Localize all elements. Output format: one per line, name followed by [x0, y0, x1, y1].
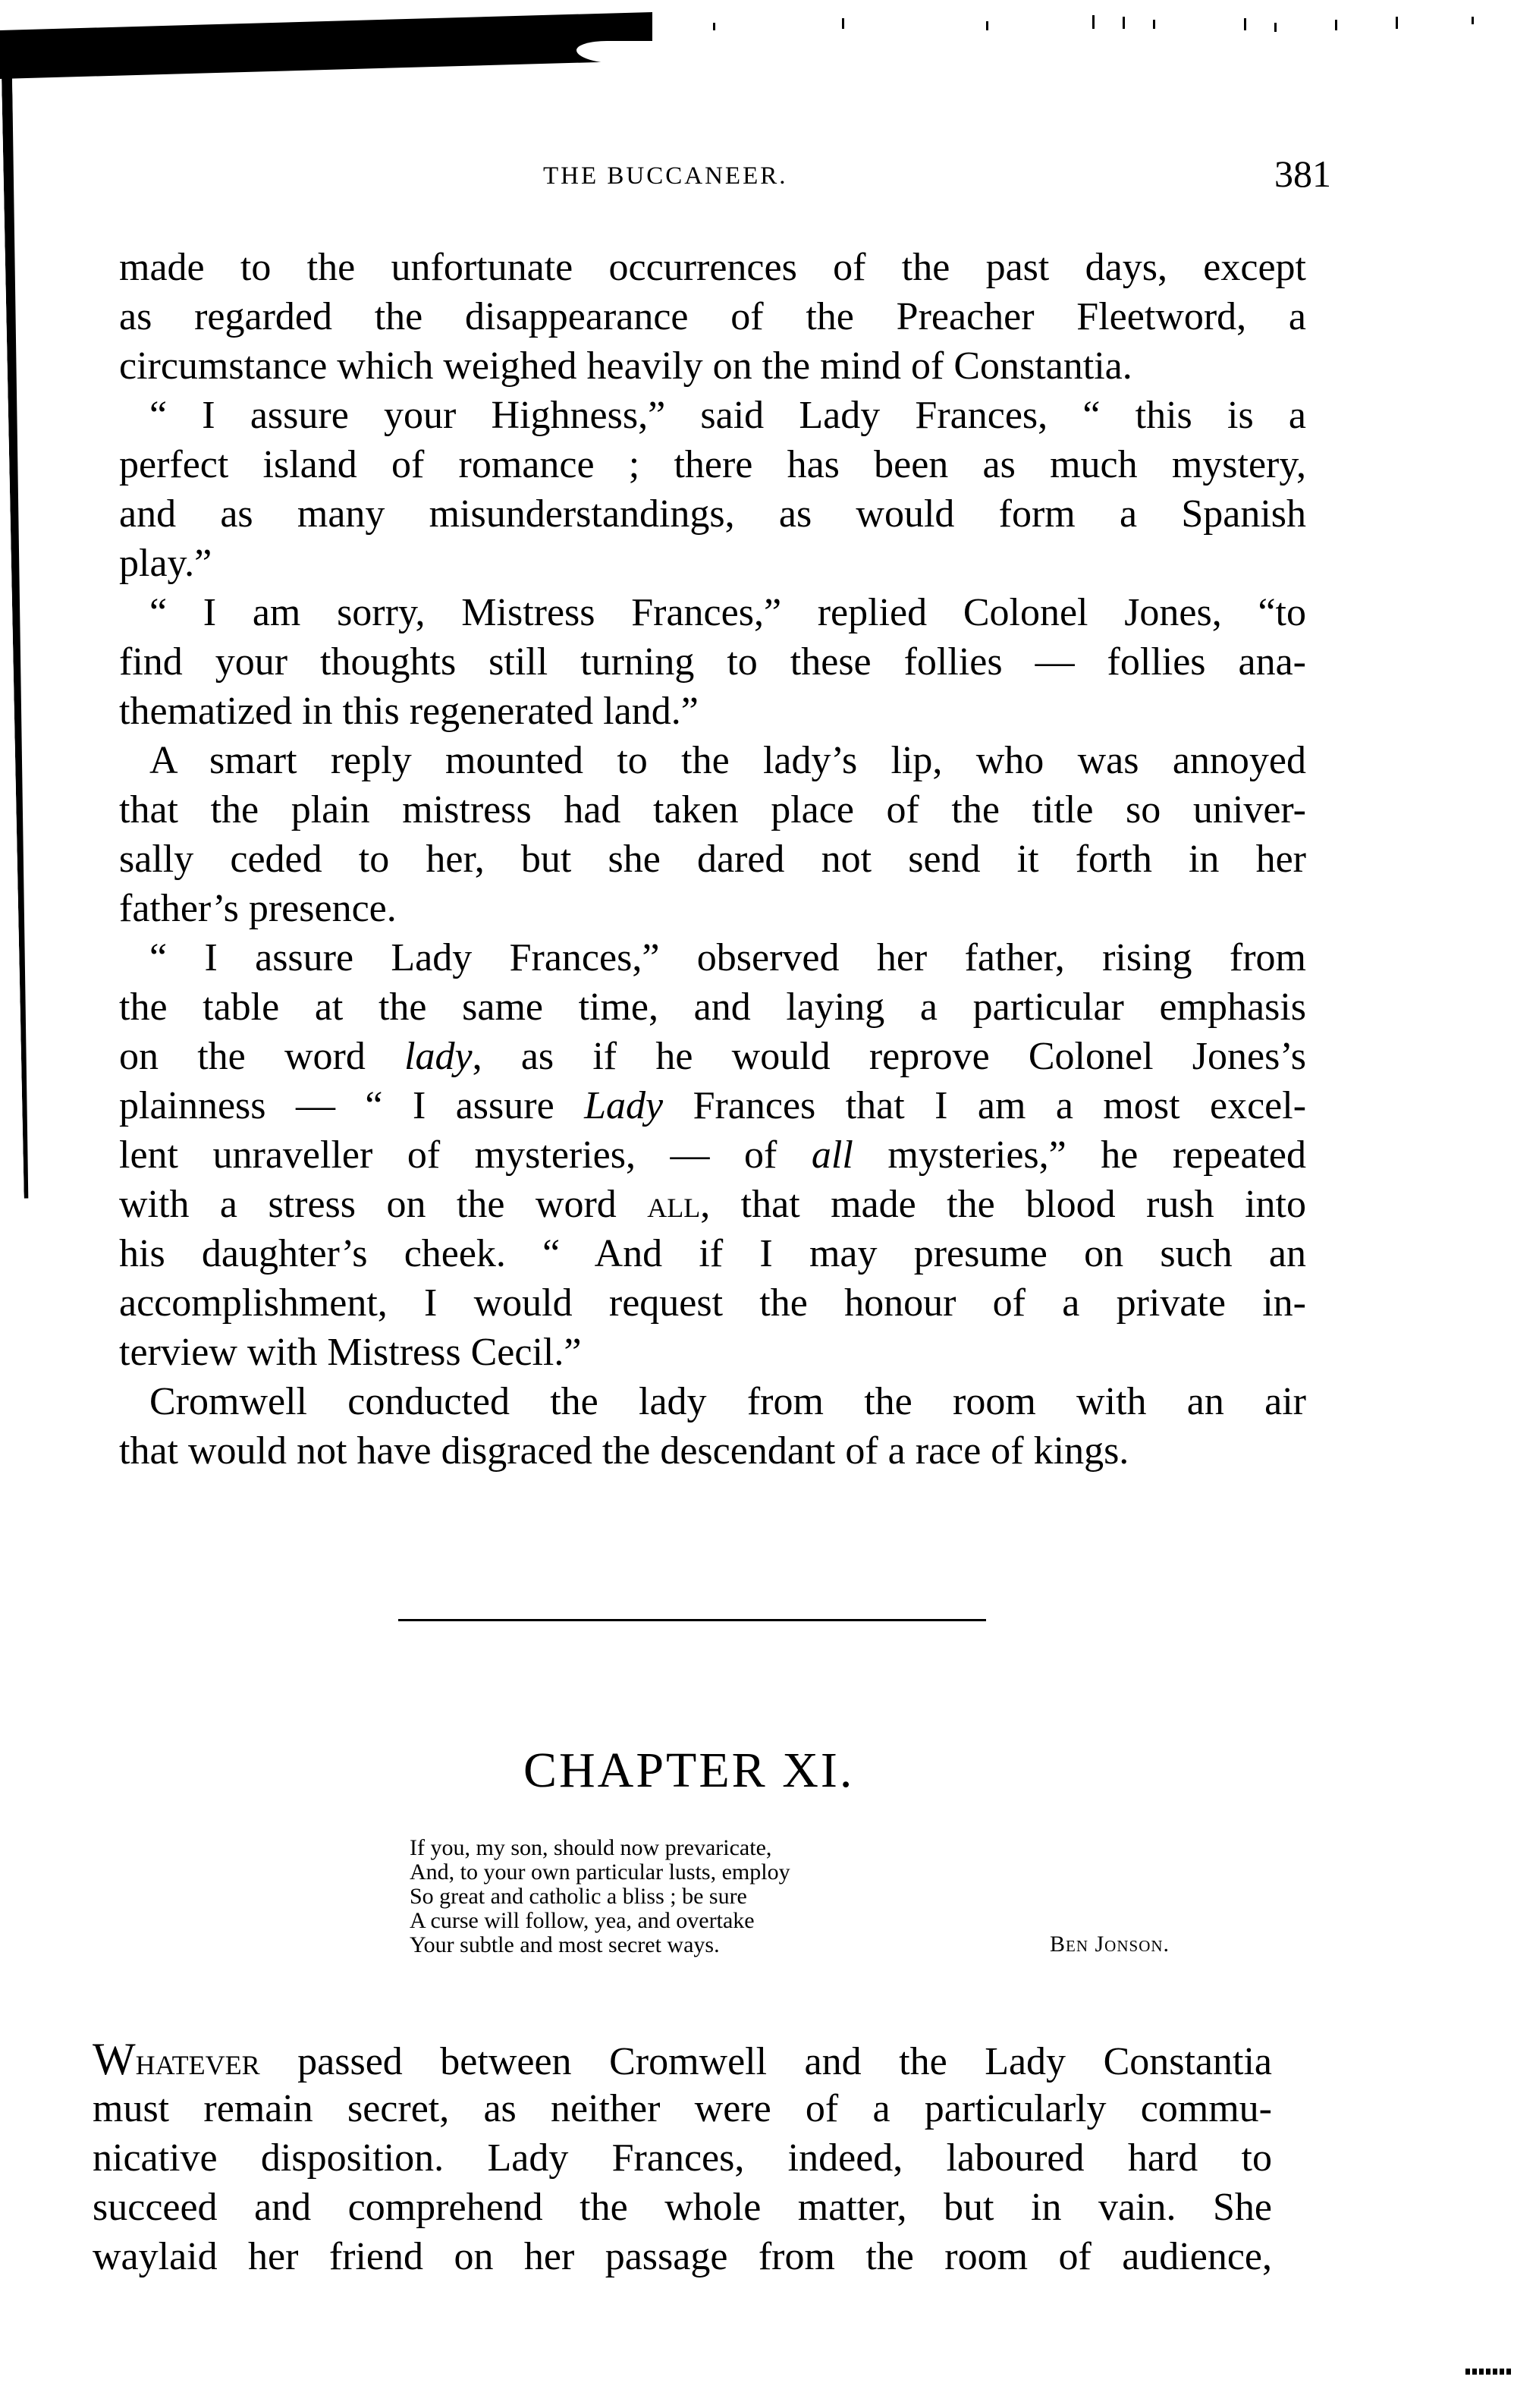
emphasized-word: all	[812, 1133, 853, 1177]
line-text: lent unraveller of mysteries, — of	[119, 1133, 812, 1177]
body-line: lent unraveller of mysteries, — of all m…	[119, 1130, 1306, 1180]
epigraph-attribution: Ben Jonson.	[1050, 1932, 1170, 1957]
chapter-opening-line: nicative disposition. Lady Frances, inde…	[93, 2133, 1272, 2183]
chapter-opening-line: waylaid her friend on her passage from t…	[93, 2232, 1272, 2281]
chapter-title: CHAPTER XI.	[523, 1742, 854, 1800]
body-line: circumstance which weighed heavily on th…	[119, 341, 1306, 391]
body-line: play.”	[119, 539, 1306, 588]
body-line: thematized in this regenerated land.”	[119, 687, 1306, 736]
body-line: Cromwell conducted the lady from the roo…	[119, 1377, 1306, 1426]
chapter-divider-rule	[398, 1619, 986, 1621]
body-line: “ I assure your Highness,” said Lady Fra…	[119, 391, 1306, 440]
drop-initial: W	[93, 2034, 136, 2084]
body-line: find your thoughts still turning to thes…	[119, 637, 1306, 687]
line-text: mysteries,” he repeated	[853, 1133, 1306, 1177]
body-line: accomplishment, I would request the hono…	[119, 1278, 1306, 1328]
epigraph-line: And, to your own particular lusts, emplo…	[410, 1860, 790, 1885]
epigraph-line: Your subtle and most secret ways.	[410, 1933, 720, 1957]
line-text: , that made the blood rush into	[700, 1183, 1306, 1226]
running-title: THE BUCCANEER.	[543, 162, 788, 190]
body-line: made to the unfortunate occurrences of t…	[119, 243, 1306, 292]
opening-small-caps: hatever	[136, 2040, 260, 2083]
epigraph-line: A curse will follow, yea, and overtake	[410, 1909, 755, 1933]
line-text: passed between Cromwell and the Lady Con…	[260, 2040, 1272, 2083]
scan-binding-shadow	[0, 12, 652, 79]
body-line: A smart reply mounted to the lady’s lip,…	[119, 736, 1306, 785]
epigraph-line: If you, my son, should now prevaricate,	[410, 1836, 771, 1860]
body-line: that would not have disgraced the descen…	[119, 1426, 1306, 1476]
scan-noise	[667, 15, 1502, 46]
line-text: plainness — “ I assure	[119, 1084, 584, 1127]
small-caps-word: all	[647, 1183, 700, 1226]
scan-page-edge	[2, 76, 35, 1199]
line-text: with a stress on the word	[119, 1183, 647, 1226]
body-line: perfect island of romance ; there has be…	[119, 440, 1306, 489]
line-text: Frances that I am a most excel-	[663, 1084, 1306, 1127]
chapter-opening-line: must remain secret, as neither were of a…	[93, 2084, 1272, 2133]
emphasized-word: lady	[404, 1035, 473, 1078]
body-line: on the word lady, as if he would reprove…	[119, 1032, 1306, 1081]
body-line: his daughter’s cheek. “ And if I may pre…	[119, 1229, 1306, 1278]
body-line: sally ceded to her, but she dared not se…	[119, 835, 1306, 884]
emphasized-word: Lady	[584, 1084, 663, 1127]
line-text: , as if he would reprove Colonel Jones’s	[473, 1035, 1306, 1078]
body-line: the table at the same time, and laying a…	[119, 982, 1306, 1032]
scan-corner-mark	[1465, 2369, 1511, 2375]
body-line: and as many misunderstandings, as would …	[119, 489, 1306, 539]
chapter-opening-line: succeed and comprehend the whole matter,…	[93, 2183, 1272, 2232]
chapter-opening-line: Whatever passed between Cromwell and the…	[93, 2035, 1272, 2084]
body-line: “ I assure Lady Frances,” observed her f…	[119, 933, 1306, 982]
page-number: 381	[1274, 152, 1331, 196]
body-line: plainness — “ I assure Lady Frances that…	[119, 1081, 1306, 1130]
body-line: father’s presence.	[119, 884, 1306, 933]
body-line: “ I am sorry, Mistress Frances,” replied…	[119, 588, 1306, 637]
epigraph-line: So great and catholic a bliss ; be sure	[410, 1885, 747, 1909]
line-text: on the word	[119, 1035, 404, 1078]
body-line: that the plain mistress had taken place …	[119, 785, 1306, 835]
body-line: with a stress on the word all, that made…	[119, 1180, 1306, 1229]
body-line: as regarded the disappearance of the Pre…	[119, 292, 1306, 341]
body-line: terview with Mistress Cecil.”	[119, 1328, 1306, 1377]
